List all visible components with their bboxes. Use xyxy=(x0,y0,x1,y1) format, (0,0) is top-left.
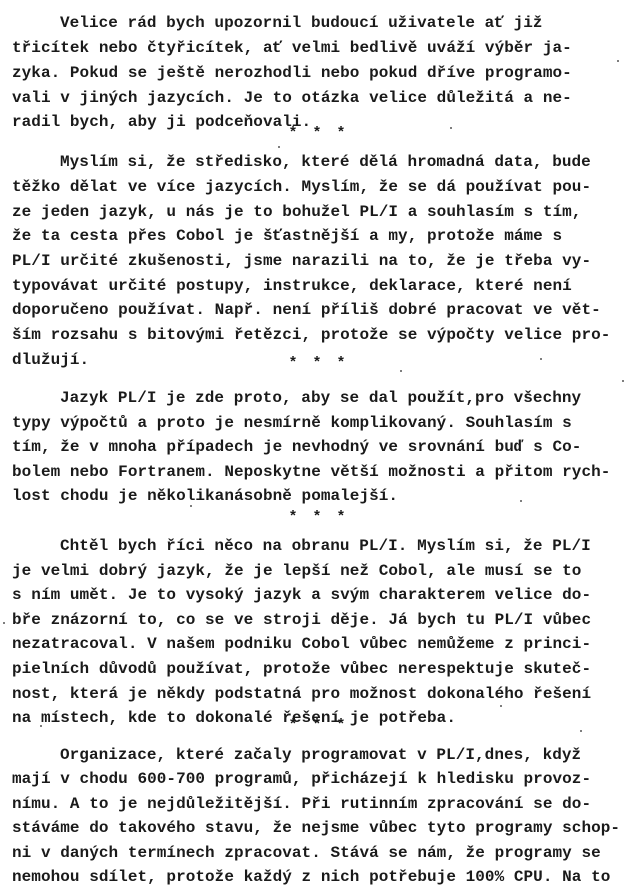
section-separator-4: * * * xyxy=(0,716,627,736)
paragraph-4-line-5: nezatracoval. V našem podniku Cobol vůbe… xyxy=(12,634,591,654)
paragraph-1-line-3: zyka. Pokud se ještě nerozhodli nebo pok… xyxy=(12,63,572,83)
paragraph-4-line-6: pielních důvodů používat, protože vůbec … xyxy=(12,659,591,679)
scan-speck xyxy=(278,146,280,148)
paragraph-2-line-4: že ta cesta přes Cobol je šťastnější a m… xyxy=(12,226,562,246)
paragraph-2-line-8: ším rozsahu s bitovými řetězci, protože … xyxy=(12,325,610,345)
scan-speck xyxy=(40,725,42,727)
paragraph-4-line-1: Chtěl bych říci něco na obranu PL/I. Mys… xyxy=(60,536,591,556)
paragraph-2-line-1: Myslím si, že středisko, které dělá hrom… xyxy=(60,152,591,172)
paragraph-3-line-5: lost chodu je několikanásobně pomalejší. xyxy=(12,486,398,506)
paragraph-4-line-2: je velmi dobrý jazyk, že je lepší než Co… xyxy=(12,561,581,581)
scan-speck xyxy=(190,505,192,507)
scan-speck xyxy=(500,705,502,707)
section-separator-3: * * * xyxy=(0,508,627,528)
paragraph-3-line-2: typy výpočtů a proto je nesmírně komplik… xyxy=(12,413,572,433)
scan-speck xyxy=(540,358,542,360)
scan-speck xyxy=(520,500,522,502)
paragraph-2-line-3: ze jeden jazyk, u nás je to bohužel PL/I… xyxy=(12,202,581,222)
section-separator-2: * * * xyxy=(0,354,627,374)
typewritten-page: Velice rád bych upozornil budoucí uživat… xyxy=(0,0,627,890)
paragraph-1-line-2: třicítek nebo čtyřicítek, ať velmi bedli… xyxy=(12,38,572,58)
paragraph-5-line-3: nímu. A to je nejdůležitější. Při rutinn… xyxy=(12,794,591,814)
paragraph-5-line-6: nemohou sdílet, protože každý z nich pot… xyxy=(12,867,610,887)
scan-speck xyxy=(617,60,619,62)
paragraph-3-line-4: bolem nebo Fortranem. Neposkytne větší m… xyxy=(12,462,610,482)
paragraph-5-line-2: mají v chodu 600-700 programů, přicházej… xyxy=(12,769,591,789)
paragraph-5-line-4: stáváme do takového stavu, že nejsme vůb… xyxy=(12,818,620,838)
paragraph-1-line-4: vali v jiných jazycích. Je to otázka vel… xyxy=(12,88,572,108)
paragraph-2-line-2: těžko dělat ve více jazycích. Myslím, že… xyxy=(12,177,591,197)
paragraph-1-line-1: Velice rád bych upozornil budoucí uživat… xyxy=(60,13,543,33)
paragraph-2-line-6: typovávat určité postupy, instrukce, dek… xyxy=(12,276,572,296)
scan-speck xyxy=(3,622,5,624)
scan-speck xyxy=(400,370,402,372)
paragraph-3-line-3: tím, že v mnoha případech je nevhodný ve… xyxy=(12,437,581,457)
paragraph-4-line-3: s ním umět. Je to vysoký jazyk a svým ch… xyxy=(12,585,591,605)
scan-speck xyxy=(580,730,582,732)
paragraph-4-line-4: bře znázorní to, co se ve stroji děje. J… xyxy=(12,610,591,630)
section-separator-1: * * * xyxy=(0,124,627,144)
paragraph-5-line-5: ni v daných termínech zpracovat. Stává s… xyxy=(12,843,601,863)
scan-speck xyxy=(450,127,452,129)
paragraph-2-line-5: PL/I určité zkušenosti, jsme narazili na… xyxy=(12,251,591,271)
paragraph-5-line-1: Organizace, které začaly programovat v P… xyxy=(60,745,581,765)
paragraph-2-line-7: doporučeno používat. Např. není příliš d… xyxy=(12,300,601,320)
paragraph-3-line-1: Jazyk PL/I je zde proto, aby se dal použ… xyxy=(60,388,581,408)
paragraph-4-line-7: nost, která je někdy podstatná pro možno… xyxy=(12,684,591,704)
scan-speck xyxy=(622,380,624,382)
